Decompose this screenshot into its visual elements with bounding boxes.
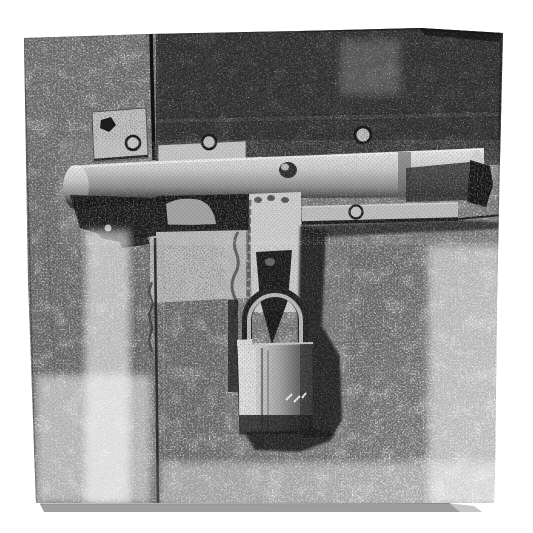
bottom-edge-strip [40,504,482,513]
white-specks-bolt [60,140,500,245]
white-specks-lock [225,240,350,455]
photo-padlock-bolt-door [0,0,533,533]
photo [20,25,510,510]
page [0,0,533,533]
photo-canvas [0,0,533,533]
